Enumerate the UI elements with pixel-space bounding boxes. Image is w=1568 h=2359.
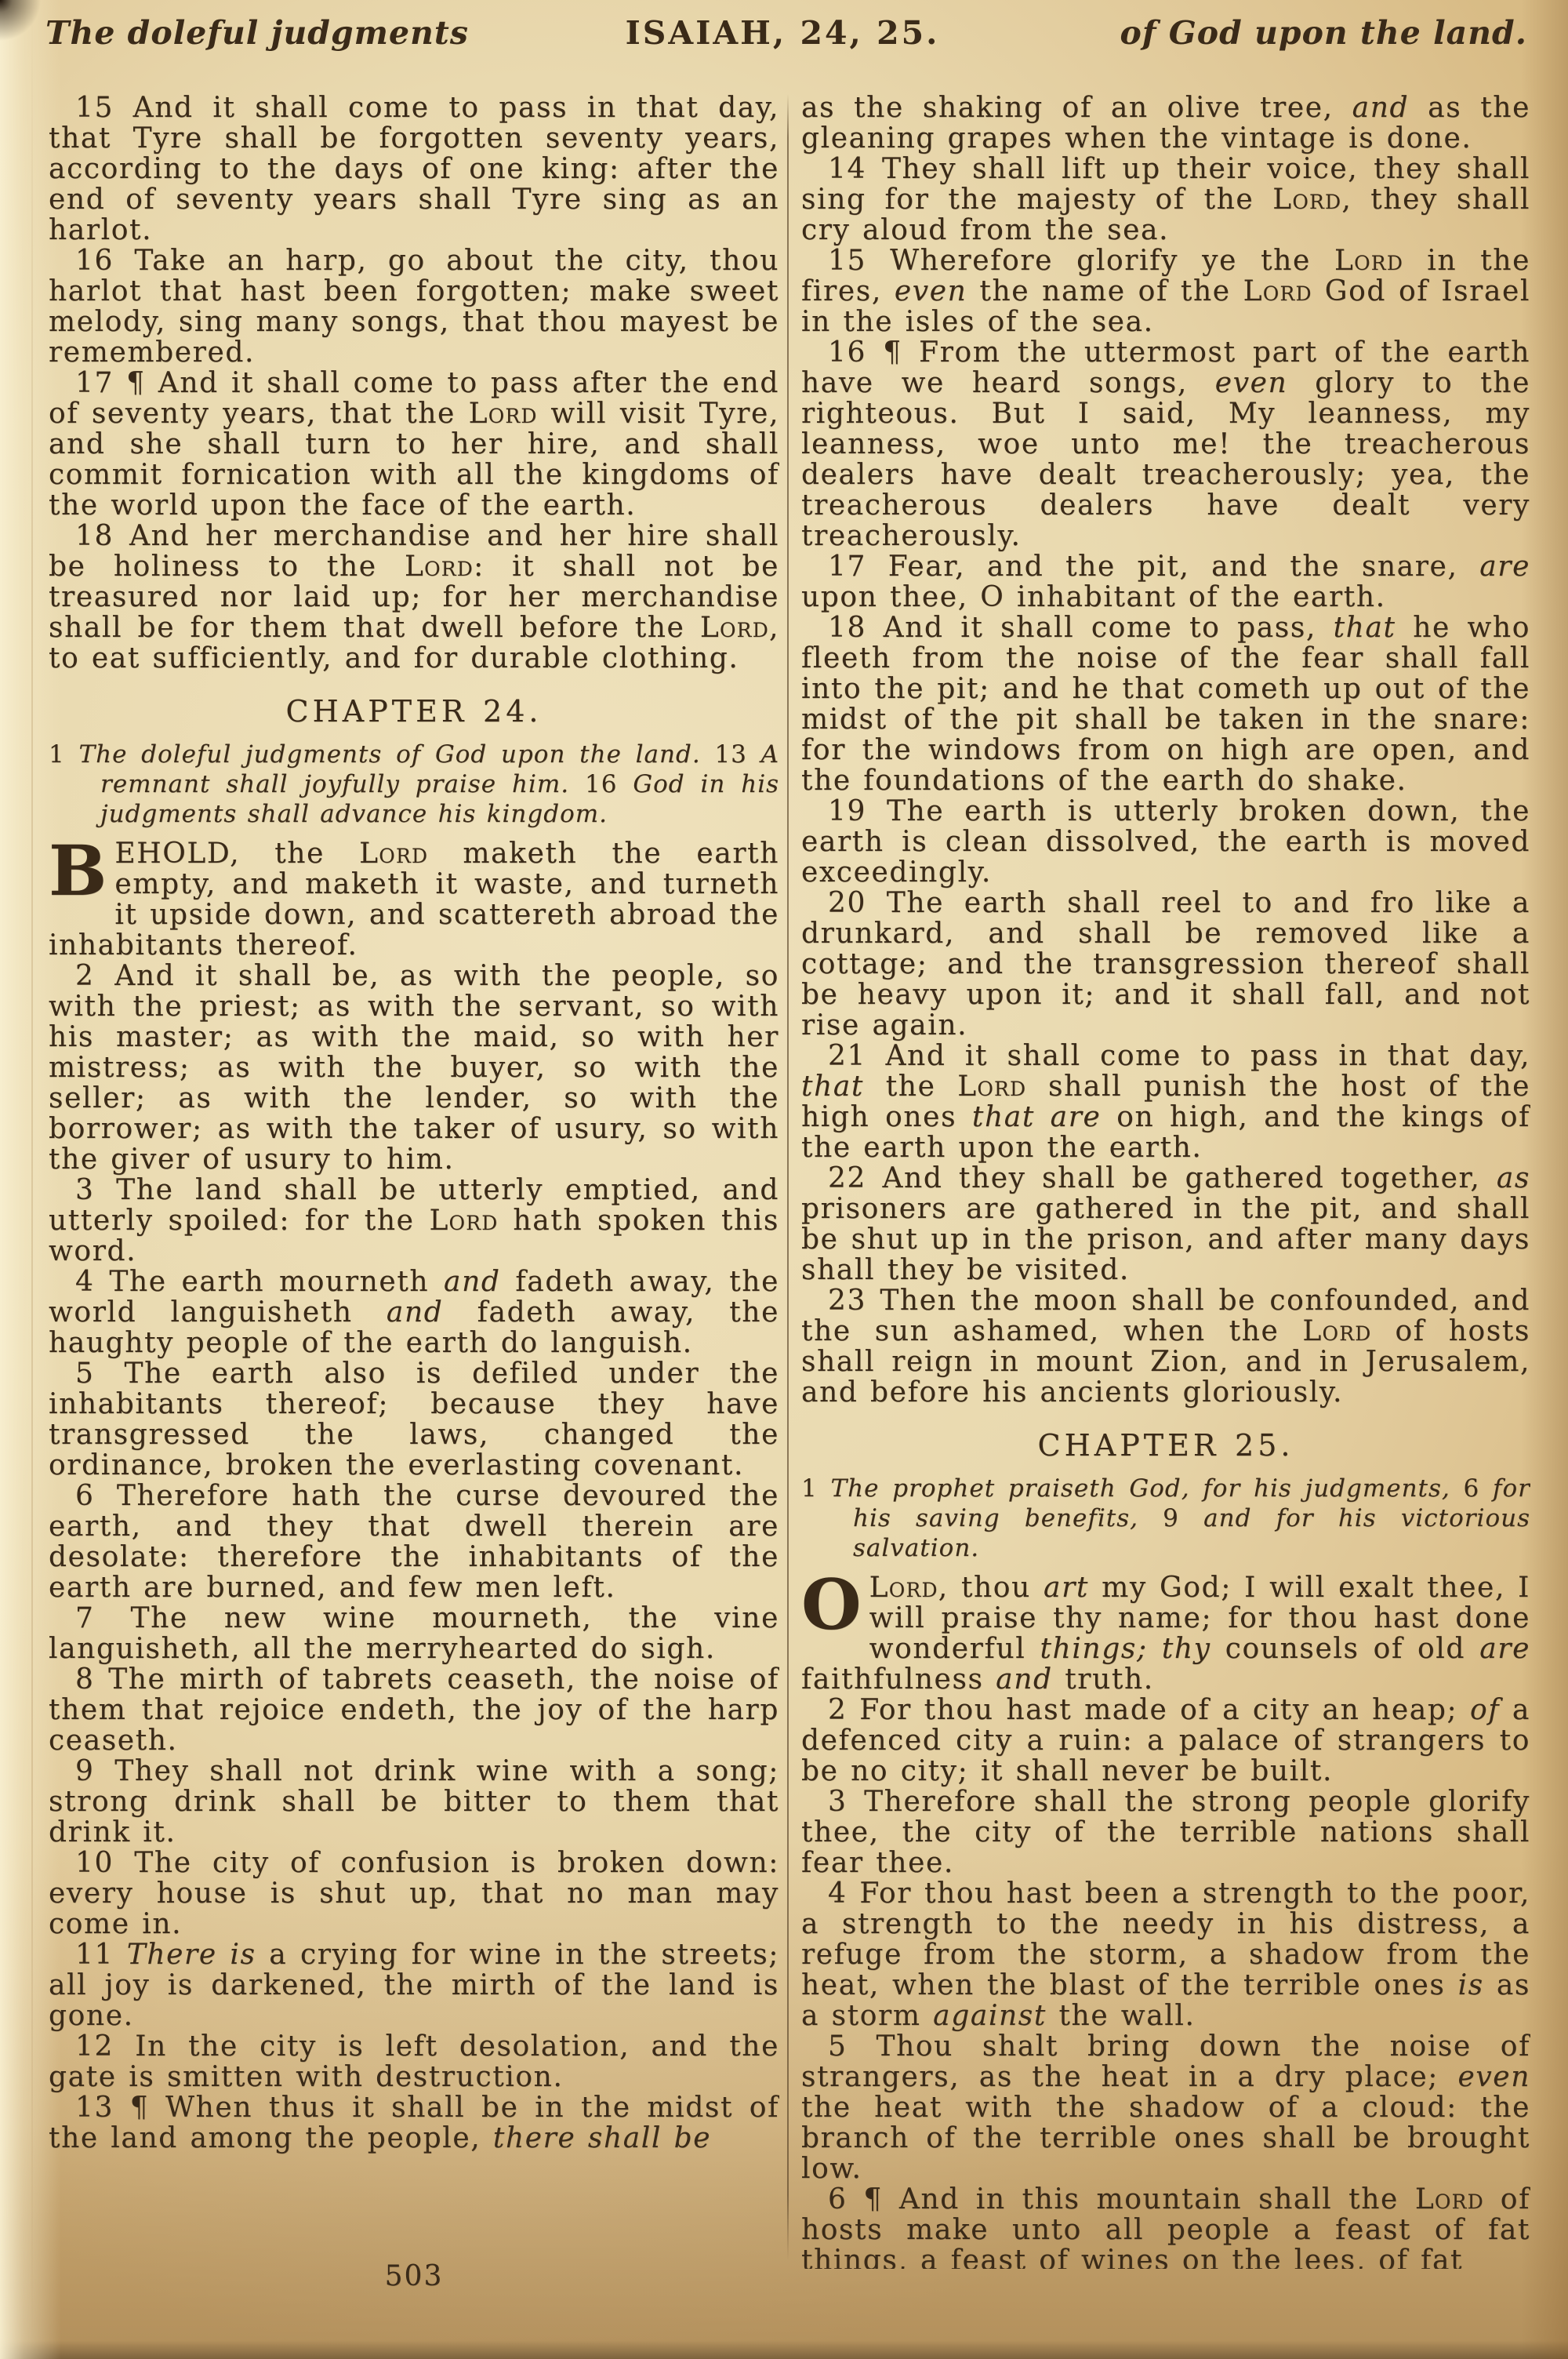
chapter-heading: CHAPTER 24. [49, 696, 779, 727]
chapter-summary: 1 The doleful judgments of God upon the … [49, 740, 779, 829]
verse: 16 Take an harp, go about the city, thou… [49, 245, 779, 368]
verse-number: 15 [75, 93, 133, 124]
italic-supplied-word: is [1458, 1969, 1484, 2001]
italic-supplied-word: even [895, 275, 967, 307]
verse-number: 16 ¶ [828, 336, 919, 369]
verse-number: 6 [75, 1480, 117, 1512]
verse: 10 The city of confusion is broken down:… [49, 1848, 779, 1939]
verse: 7 The new wine mourneth, the vine langui… [49, 1603, 779, 1664]
verse: BEHOLD, the Lord maketh the earth empty,… [49, 838, 779, 961]
verse-number: 3 [75, 1174, 116, 1206]
italic-supplied-word: The prophet praiseth God, for his judgme… [830, 1474, 1450, 1503]
italic-supplied-word: there shall be [493, 2122, 711, 2154]
verse-number: 10 [75, 1847, 134, 1879]
verse: 8 The mirth of tabrets ceaseth, the nois… [49, 1664, 779, 1756]
italic-supplied-word: art [1044, 1572, 1089, 1604]
italic-supplied-word: that [1334, 612, 1396, 644]
verse: 4 The earth mourneth and fadeth away, th… [49, 1267, 779, 1358]
book-chapter-title: ISAIAH, 24, 25. [508, 13, 1057, 53]
verse-number: 14 [828, 153, 882, 185]
verse-number: 5 [75, 1358, 125, 1390]
verse: 6 Therefore hath the curse devoured the … [49, 1481, 779, 1603]
verse-number: 20 [828, 887, 887, 919]
italic-supplied-word: that [801, 1070, 864, 1103]
small-caps-divine-name: Lord [957, 1070, 1026, 1103]
verse-number: 2 [75, 960, 114, 992]
verse: 3 The land shall be utterly emptied, and… [49, 1175, 779, 1267]
verse-number: 18 [828, 612, 884, 644]
verse: 2 And it shall be, as with the people, s… [49, 961, 779, 1175]
verse-number: 17 ¶ [75, 367, 158, 399]
small-caps-divine-name: Lord [869, 1572, 938, 1604]
right-text-column: as the shaking of an olive tree, and as … [801, 93, 1530, 2269]
italic-supplied-word: against [933, 2000, 1047, 2032]
verse-number: 16 [75, 245, 134, 277]
verse: 23 Then the moon shall be confounded, an… [801, 1285, 1530, 1408]
verse: 9 They shall not drink wine with a song;… [49, 1756, 779, 1848]
italic-supplied-word: are [1479, 1633, 1530, 1665]
small-caps-divine-name: Lord [1415, 2183, 1484, 2215]
drop-cap: B [49, 843, 107, 901]
verse-number: 7 [75, 1602, 131, 1634]
verse-number: 22 [828, 1162, 882, 1194]
italic-supplied-word: even [1215, 367, 1288, 399]
verse: 16 ¶ From the uttermost part of the eart… [801, 337, 1530, 551]
verse: 14 They shall lift up their voice, they … [801, 154, 1530, 245]
small-caps-divine-name: Lord [359, 838, 428, 870]
verse-number: 21 [828, 1040, 885, 1072]
verse-number: 18 [75, 520, 129, 552]
verse: 18 And her merchandise and her hire shal… [49, 521, 779, 674]
small-caps-divine-name: Lord [1272, 184, 1341, 216]
verse-number: 9 [75, 1755, 114, 1787]
small-caps-divine-name: Lord [1334, 245, 1403, 277]
italic-supplied-word: as [1497, 1162, 1530, 1194]
verse: 22 And they shall be gathered together, … [801, 1163, 1530, 1285]
verse-number: 12 [75, 2030, 135, 2063]
small-caps-divine-name: Lord [700, 612, 769, 644]
verse: 17 Fear, and the pit, and the snare, are… [801, 551, 1530, 612]
verse: 19 The earth is utterly broken down, the… [801, 796, 1530, 888]
verse-number: 6 ¶ [828, 2183, 899, 2215]
verse-number: 4 [828, 1877, 859, 1910]
verse-continuation: as the shaking of an olive tree, and as … [801, 93, 1530, 154]
bible-page-photo: { "colors": { "paper": "#e9d9af", "paper… [0, 0, 1568, 2359]
verse: 3 Therefore shall the strong people glor… [801, 1787, 1530, 1878]
verse: 20 The earth shall reel to and fro like … [801, 888, 1530, 1041]
verse: 13 ¶ When thus it shall be in the midst … [49, 2092, 779, 2154]
italic-supplied-word: things; thy [1040, 1633, 1210, 1665]
verse: 5 The earth also is defiled under the in… [49, 1358, 779, 1481]
verse: 5 Thou shalt bring down the noise of str… [801, 2031, 1530, 2184]
drop-cap: O [801, 1577, 862, 1635]
italic-supplied-word: and [387, 1296, 444, 1329]
verse: 21 And it shall come to pass in that day… [801, 1041, 1530, 1163]
running-head-left: The doleful judgments [45, 13, 469, 53]
italic-supplied-word: and [1352, 93, 1410, 124]
verse-number: 15 [828, 245, 890, 277]
verse: 17 ¶ And it shall come to pass after the… [49, 368, 779, 521]
italic-supplied-word: and [444, 1266, 501, 1298]
verse-number: 19 [828, 795, 887, 827]
small-caps-divine-name: Lord [429, 1205, 498, 1237]
left-text-column: 15 And it shall come to pass in that day… [49, 93, 779, 2269]
verse-number: 3 [828, 1786, 864, 1818]
verse: OLord, thou art my God; I will exalt the… [801, 1572, 1530, 1695]
verse: 4 For thou hast been a strength to the p… [801, 1878, 1530, 2031]
column-divider-rule [787, 94, 789, 2260]
verse-number: 13 ¶ [75, 2092, 165, 2124]
verse: 18 And it shall come to pass, that he wh… [801, 612, 1530, 796]
small-caps-divine-name: Lord [469, 398, 538, 430]
verse-number: 4 [75, 1266, 109, 1298]
italic-supplied-word: of [1470, 1694, 1500, 1726]
verse-number: 23 [828, 1285, 880, 1317]
small-caps-divine-name: Lord [1302, 1315, 1371, 1347]
verse: 15 And it shall come to pass in that day… [49, 93, 779, 245]
verse: 11 There is a crying for wine in the str… [49, 1939, 779, 2031]
italic-supplied-word: even [1457, 2061, 1530, 2093]
italic-supplied-word: that are [972, 1101, 1102, 1133]
page-edge-crease [31, 0, 33, 2359]
chapter-heading: CHAPTER 25. [801, 1430, 1530, 1461]
italic-supplied-word: There is [127, 1939, 256, 1971]
verse-number: 2 [828, 1694, 859, 1726]
verse: 6 ¶ And in this mountain shall the Lord … [801, 2184, 1530, 2269]
running-head: The doleful judgments ISAIAH, 24, 25. of… [45, 13, 1527, 56]
italic-supplied-word: and [996, 1663, 1053, 1696]
small-caps-divine-name: Lord [405, 551, 474, 583]
italic-supplied-word: The doleful judgments of God upon the la… [78, 740, 700, 769]
running-head-right: of God upon the land. [1120, 13, 1527, 53]
verse-number: 8 [75, 1663, 108, 1696]
page-number: 503 [49, 2260, 779, 2292]
italic-supplied-word: are [1479, 551, 1530, 583]
verse: 12 In the city is left desolation, and t… [49, 2031, 779, 2092]
verse: 2 For thou hast made of a city an heap; … [801, 1695, 1530, 1787]
verse-number: 5 [828, 2030, 876, 2063]
small-caps-divine-name: Lord [1243, 275, 1312, 307]
verse: 15 Wherefore glorify ye the Lord in the … [801, 245, 1530, 337]
chapter-summary: 1 The prophet praiseth God, for his judg… [801, 1474, 1530, 1563]
verse-number: 17 [828, 551, 888, 583]
verse-number: 11 [75, 1939, 127, 1971]
